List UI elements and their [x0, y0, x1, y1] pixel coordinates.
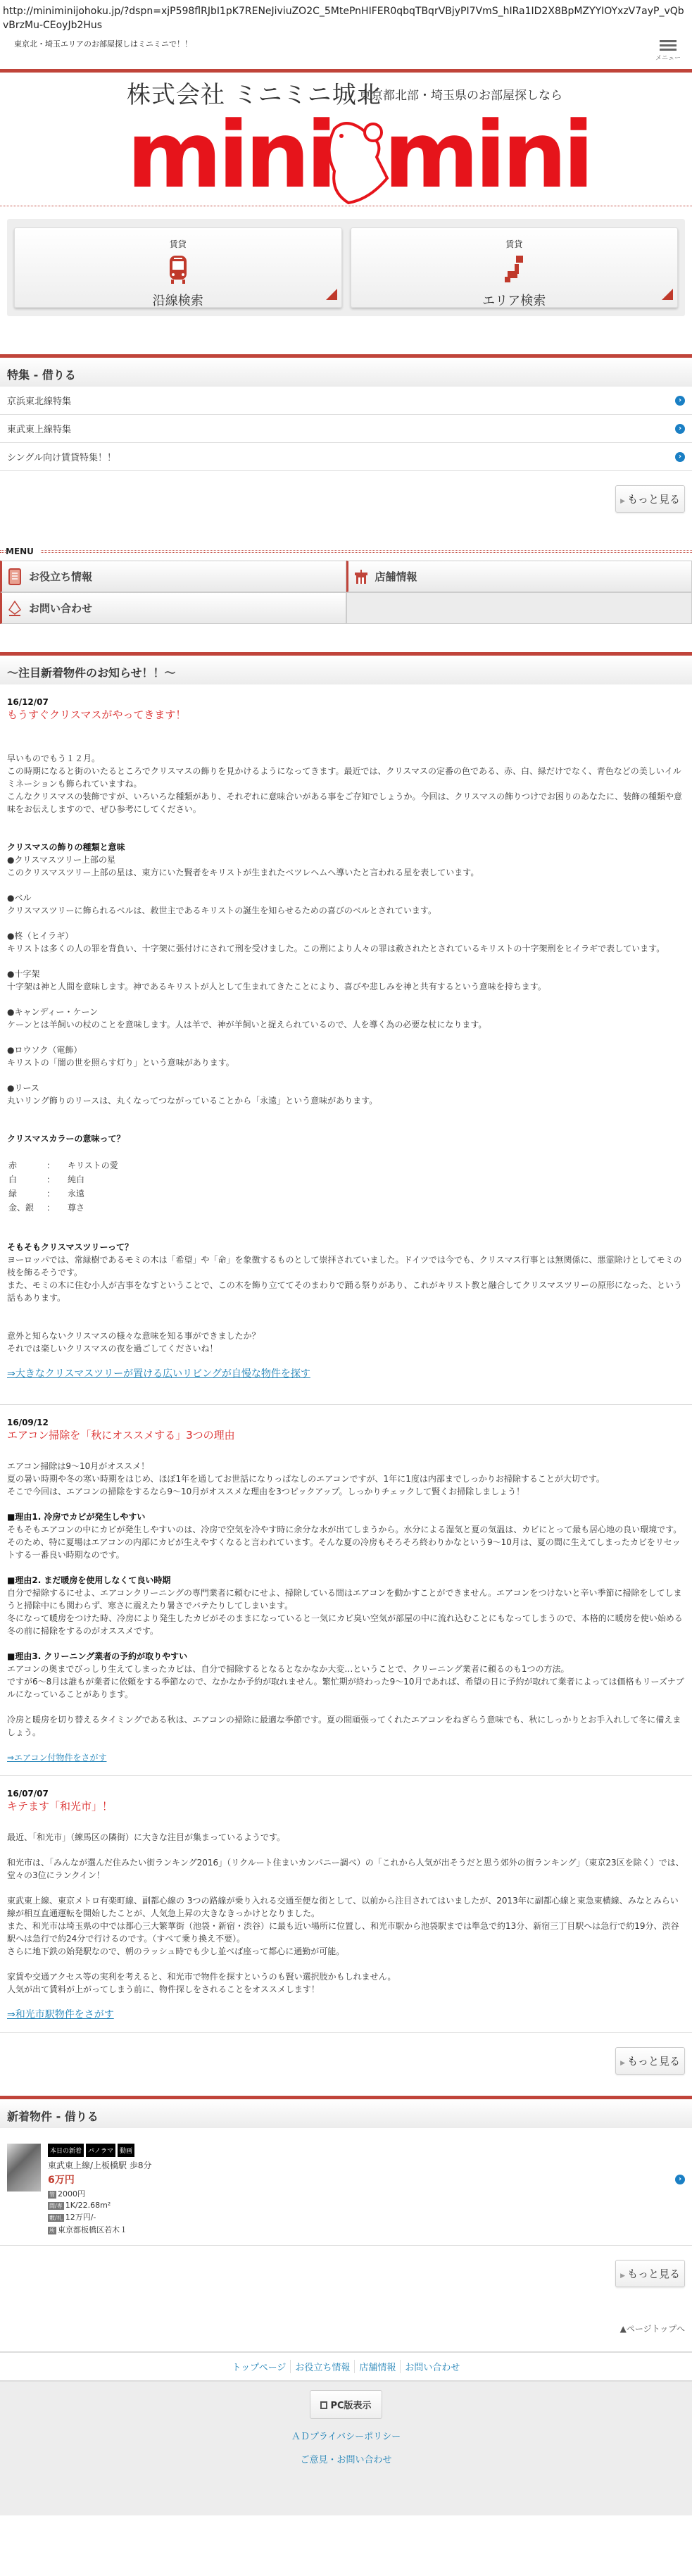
- menu-contact[interactable]: お問い合わせ: [0, 592, 346, 624]
- article-text: 東武東上線、東京メトロ有楽町線、副都心線の 3つの路線が乗り入れる交通至便な街と…: [7, 1894, 685, 1920]
- pc-view-button[interactable]: PC版表示: [310, 2390, 382, 2419]
- decoration-name: ●ベル: [7, 892, 685, 904]
- mouse-mascot-icon: [320, 115, 391, 206]
- menu-heading: MENU: [0, 546, 692, 556]
- properties-more-row: ▶もっと見る: [0, 2246, 692, 2301]
- article-text: 家賃や交通アクセス等の実利を考えると、和光市で物件を探すというのも賢い選択肢かも…: [7, 1970, 685, 1983]
- article-text: そのため、特に夏場はエアコンの内部にカビが生えやすくなると言われています。そんな…: [7, 1536, 685, 1561]
- property-station: 東武東上線/上板橋駅 歩8分: [48, 2159, 152, 2171]
- badge-panorama: パノラマ: [86, 2144, 115, 2157]
- document-icon: [8, 568, 22, 585]
- news-article: 16/07/07 キテます「和光市」！ 最近、「和光市」（練馬区の隣街）に大きな…: [0, 1776, 692, 2033]
- decoration-name: ●ロウソク（電飾）: [7, 1044, 685, 1056]
- news-more-row: ▶もっと見る: [0, 2033, 692, 2089]
- article-text: それでは楽しいクリスマスの夜を過ごしてくださいね！: [7, 1342, 685, 1355]
- logo-mini-right: mini: [384, 109, 590, 201]
- line-search-label: 沿線検索: [15, 291, 341, 309]
- decoration-desc: クリスマスツリーに飾られるベルは、救世主であるキリストの誕生を知らせるための喜び…: [7, 904, 685, 917]
- feature-item-keihin-tohoku[interactable]: 京浜東北線特集 ›: [0, 387, 692, 415]
- logo-banner[interactable]: 株式会社 ミニミニ城北 東京都北部・埼玉県のお部屋探しなら mini mini: [0, 73, 692, 206]
- news-article: 16/12/07 もうすぐクリスマスがやってきます！ 早いものでもう１２月。 こ…: [0, 684, 692, 1405]
- more-label: もっと見る: [627, 2055, 680, 2068]
- search-area: 賃貸 沿線検索 賃貸 エリア検索: [7, 219, 685, 316]
- features-more-button[interactable]: ▶もっと見る: [615, 485, 685, 513]
- feature-label: シングル向け賃貸特集！！: [7, 450, 116, 463]
- features-heading: 特集 - 借りる: [0, 354, 692, 387]
- area-search-label: エリア検索: [351, 291, 678, 309]
- reason-title: ■理由3. クリーニング業者の予約が取りやすい: [7, 1650, 685, 1663]
- top-bar: 東京北・埼玉エリアのお部屋探しはミニミニで！！ メニュー: [0, 32, 692, 69]
- menu-label: お問い合わせ: [29, 601, 92, 615]
- article-text: そもそもエアコンの中にカビが発生しやすいのは、冷房で空気を冷やす時に余分な水が出…: [7, 1523, 685, 1536]
- triangle-right-icon: ▶: [620, 498, 625, 505]
- article-text: ヨーロッパでは、常緑樹であるモミの木は「希望」や「命」を象徴するものとして崇拝さ…: [7, 1253, 685, 1279]
- article-text: こんなクリスマスの装飾ですが、いろいろな種類があり、それぞれに意味合いがある事を…: [7, 790, 685, 815]
- chevron-right-icon: ›: [675, 2175, 685, 2184]
- dotted-rule: [0, 550, 6, 553]
- news-heading: ～注目新着物件のお知らせ！！～: [0, 652, 692, 684]
- features-more-row: ▶もっと見る: [0, 471, 692, 527]
- rental-label: 賃貸: [351, 238, 678, 250]
- property-address: 所東京都板橋区若木１: [48, 2224, 152, 2235]
- privacy-policy-link[interactable]: ＡＤプライバシーポリシー: [0, 2429, 692, 2442]
- feature-item-tobu-tojo[interactable]: 東武東上線特集 ›: [0, 415, 692, 443]
- decoration-desc: このクリスマスツリー上部の星は、東方にいた賢者をキリストが生まれたベツレヘムへ導…: [7, 866, 685, 879]
- area-search-button[interactable]: 賃貸 エリア検索: [351, 227, 679, 308]
- decoration-name: ●十字架: [7, 968, 685, 980]
- feature-item-single[interactable]: シングル向け賃貸特集！！ ›: [0, 443, 692, 471]
- article-text: 自分で掃除するにせよ、エアコンクリーニングの専門業者に頼むにせよ、掃除している間…: [7, 1587, 685, 1612]
- footer-nav: トップページ お役立ち情報 店舗情報 お問い合わせ: [0, 2351, 692, 2382]
- article-date: 16/07/07: [7, 1787, 685, 1800]
- new-properties-heading: 新着物件 - 借りる: [0, 2096, 692, 2128]
- menu-store-info[interactable]: 店舗情報: [346, 561, 692, 592]
- menu-label: メニュー: [654, 53, 682, 62]
- url-bar: http://miniminijohoku.jp/?dspn=xjP598flR…: [0, 0, 692, 32]
- news-article: 16/09/12 エアコン掃除を「秋にオススメする」3つの理由 エアコン掃除は9…: [0, 1405, 692, 1776]
- wakoshi-search-link[interactable]: ⇒和光市駅物件をさがす: [7, 2009, 114, 2020]
- page-top-link[interactable]: ▲ページトップへ: [0, 2301, 692, 2351]
- features-list: 京浜東北線特集 › 東武東上線特集 › シングル向け賃貸特集！！ ›: [0, 387, 692, 471]
- dotted-rule: [41, 550, 692, 553]
- property-details: 本日の新着パノラマ動画 東武東上線/上板橋駅 歩8分 6万円 管2000円 間/…: [48, 2144, 152, 2235]
- decoration-desc: キリストは多くの人の罪を背負い、十字架に張付けにされて刑を受けました。この刑によ…: [7, 942, 685, 955]
- article-title[interactable]: エアコン掃除を「秋にオススメする」3つの理由: [7, 1429, 685, 1442]
- aircon-search-link[interactable]: ⇒エアコン付物件をさがす: [7, 1753, 106, 1763]
- article-text: エアコンの奥までびっしり生えてしまったカビは、自分で掃除するとなるとなかなか大変…: [7, 1663, 685, 1675]
- feedback-link[interactable]: ご意見・お問い合わせ: [0, 2452, 692, 2465]
- envelope-icon: [8, 600, 22, 617]
- property-listing[interactable]: 本日の新着パノラマ動画 東武東上線/上板橋駅 歩8分 6万円 管2000円 間/…: [0, 2128, 692, 2246]
- chevron-right-icon: ›: [675, 396, 685, 406]
- train-icon: [168, 254, 189, 284]
- article-text: 冷房と暖房を切り替えるタイミングである秋は、エアコンの掃除に最適な季節です。夏の…: [7, 1713, 685, 1739]
- chevron-right-icon: ›: [675, 424, 685, 434]
- article-title[interactable]: もうすぐクリスマスがやってきます！: [7, 708, 685, 721]
- triangle-right-icon: ▶: [620, 2272, 625, 2280]
- shop-icon: [354, 568, 368, 585]
- article-text: 早いものでもう１２月。: [7, 752, 685, 765]
- article-subheading: クリスマスカラーの意味って？: [7, 1132, 685, 1145]
- property-deposit: 敷/礼12万円/-: [48, 2211, 152, 2222]
- properties-more-button[interactable]: ▶もっと見る: [615, 2260, 685, 2287]
- decoration-desc: キリストの「闇の世を照らす灯り」という意味があります。: [7, 1056, 685, 1069]
- tagline: 東京北・埼玉エリアのお部屋探しはミニミニで！！: [14, 38, 192, 49]
- more-label: もっと見る: [627, 493, 680, 506]
- japan-map-icon: [503, 254, 524, 284]
- christmas-colors-table: 赤：キリストの愛 白：純白 緑：永遠 金、銀：尊さ: [7, 1158, 131, 1215]
- chevron-right-icon: ›: [675, 452, 685, 462]
- decoration-name: ●リース: [7, 1082, 685, 1094]
- article-subheading: そもそもクリスマスツリーって？: [7, 1241, 685, 1253]
- line-search-button[interactable]: 賃貸 沿線検索: [14, 227, 342, 308]
- logo-subtitle: 東京都北部・埼玉県のお部屋探しなら: [359, 85, 562, 103]
- hamburger-icon: [654, 40, 682, 51]
- decoration-name: ●キャンディー・ケーン: [7, 1006, 685, 1018]
- footer: PC版表示 ＡＤプライバシーポリシー ご意見・お問い合わせ: [0, 2382, 692, 2515]
- reason-title: ■理由2. まだ暖房を使用しなくて良い時期: [7, 1574, 685, 1587]
- property-photo: [7, 2144, 41, 2192]
- article-text: エアコン掃除は9～10月がオススメ！: [7, 1460, 685, 1473]
- article-text: 意外と知らないクリスマスの様々な意味を知る事ができましたか？: [7, 1330, 685, 1342]
- article-text: この時期になると街のいたるところでクリスマスの飾りを見かけるようになってきます。…: [7, 765, 685, 790]
- article-text: さらに地下鉄の始発駅なので、朝のラッシュ時でも少し並べば座って都心に通勤が可能。: [7, 1945, 685, 1958]
- search-living-link[interactable]: ⇒大きなクリスマスツリーが置ける広いリビングが自慢な物件を探す: [7, 1368, 310, 1380]
- property-price: 6万円: [48, 2172, 152, 2187]
- decoration-desc: 丸いリング飾りのリースは、丸くなってつながっていることから「永遠」という意味があ…: [7, 1094, 685, 1107]
- article-text: 冬になって暖房をつけた時、冷房により発生したカビがそのままになっていると一気にカ…: [7, 1612, 685, 1637]
- property-layout: 間/専1K/22.68m²: [48, 2201, 152, 2210]
- triangle-right-icon: ▶: [620, 2060, 625, 2067]
- article-text: 和光市は、「みんなが選んだ住みたい街ランキング2016」（リクルート住まいカンパ…: [7, 1856, 685, 1882]
- article-text: また、モミの木に住む小人が吉事をなすということで、この木を飾り立ててそのまわりで…: [7, 1279, 685, 1304]
- footer-link-store-info[interactable]: 店舗情報: [355, 2360, 401, 2373]
- article-title[interactable]: キテます「和光市」！: [7, 1800, 685, 1813]
- monitor-icon: [320, 2401, 327, 2409]
- article-text: また、和光市は埼玉県の中では都心三大繁華街（池袋・新宿・渋谷）に最も近い場所に位…: [7, 1920, 685, 1945]
- article-text: 人気が出て賃料が上がってしまう前に、物件探しをされることをオススメします！: [7, 1983, 685, 1996]
- menu-grid: お役立ち情報 店舗情報 お問い合わせ: [0, 561, 692, 624]
- feature-label: 東武東上線特集: [7, 422, 71, 435]
- article-text: 夏の暑い時期や冬の寒い時期をはじめ、ほぼ1年を通してお世話になりっぱなしのエアコ…: [7, 1473, 685, 1485]
- more-label: もっと見る: [627, 2268, 680, 2280]
- corner-triangle-icon: [662, 289, 673, 300]
- badge-new-today: 本日の新着: [48, 2144, 84, 2157]
- corner-triangle-icon: [326, 289, 337, 300]
- decoration-desc: ケーンとは羊飼いの杖のことを意味します。人は羊で、神が羊飼いと捉えられているので…: [7, 1018, 685, 1031]
- menu-label: お役立ち情報: [29, 569, 92, 584]
- article-text: そこで今回は、エアコンの掃除をするなら9～10月がオススメな理由を3つピックアッ…: [7, 1485, 685, 1498]
- menu-empty-cell: [346, 592, 692, 624]
- article-subheading: クリスマスの飾りの種類と意味: [7, 841, 685, 854]
- menu-useful-info[interactable]: お役立ち情報: [0, 561, 346, 592]
- feature-label: 京浜東北線特集: [7, 394, 71, 407]
- article-text: 最近、「和光市」（練馬区の隣街）に大きな注目が集まっているようです。: [7, 1831, 685, 1844]
- article-date: 16/09/12: [7, 1416, 685, 1429]
- reason-title: ■理由1. 冷房でカビが発生しやすい: [7, 1511, 685, 1523]
- article-text: ですが6～8月は誰もが業者に依頼をする季節なので、なかなか予約が取れません。繁忙…: [7, 1675, 685, 1701]
- decoration-name: ●クリスマスツリー上部の星: [7, 854, 685, 866]
- menu-button[interactable]: メニュー: [654, 38, 682, 62]
- footer-link-top[interactable]: トップページ: [228, 2360, 291, 2373]
- decoration-name: ●柊（ヒイラギ）: [7, 930, 685, 942]
- menu-title: MENU: [6, 546, 34, 556]
- article-date: 16/12/07: [7, 696, 685, 708]
- property-badges: 本日の新着パノラマ動画: [48, 2144, 152, 2157]
- logo-mini-left: mini: [127, 109, 333, 201]
- footer-link-contact[interactable]: お問い合わせ: [401, 2360, 464, 2373]
- decoration-desc: 十字架は神と人間を意味します。神であるキリストが人として生まれてきたことにより、…: [7, 980, 685, 993]
- rental-label: 賃貸: [15, 238, 341, 250]
- menu-label: 店舗情報: [375, 569, 417, 584]
- property-mgmt-fee: 管2000円: [48, 2188, 152, 2199]
- pc-view-label: PC版表示: [330, 2401, 371, 2411]
- news-more-button[interactable]: ▶もっと見る: [615, 2047, 685, 2075]
- badge-video: 動画: [118, 2144, 134, 2157]
- footer-link-useful-info[interactable]: お役立ち情報: [291, 2360, 355, 2373]
